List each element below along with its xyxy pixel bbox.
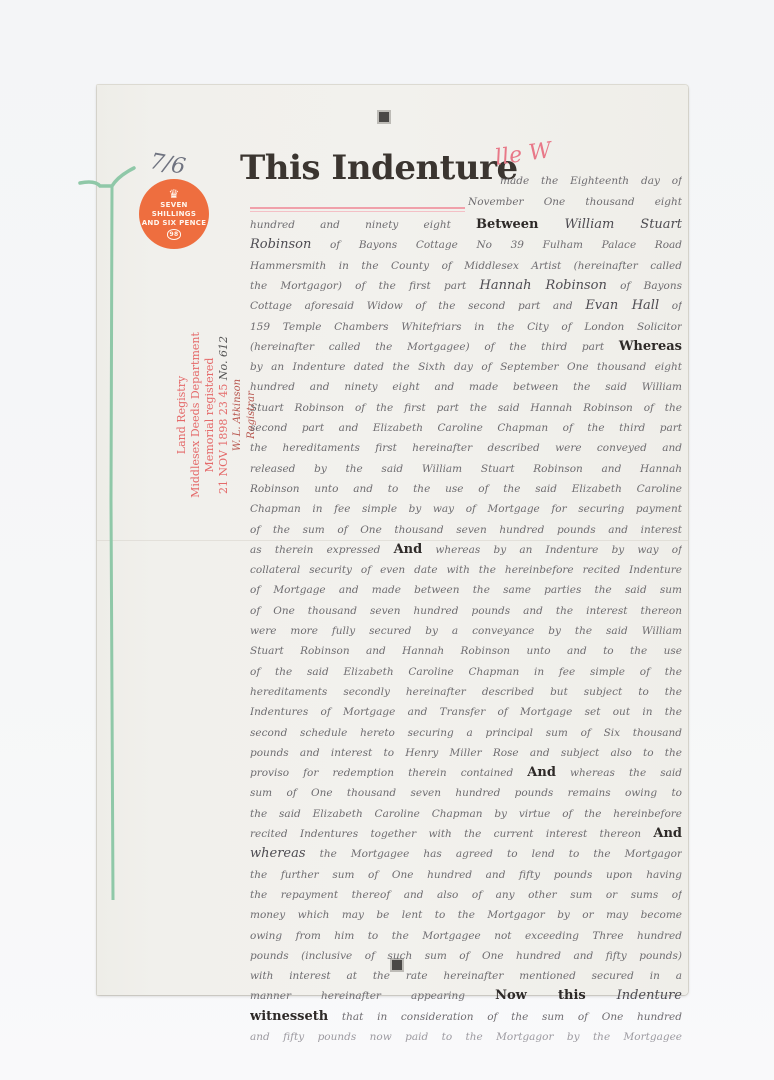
body-text-run: the Mortgagor) of the first part xyxy=(250,280,480,292)
body-line: pounds and interest to Henry Miller Rose… xyxy=(250,744,682,762)
body-text-run: Hammersmith in the County of Middlesex A… xyxy=(250,260,682,272)
body-text-run: of One thousand seven hundred pounds and… xyxy=(250,605,682,617)
body-text-run: 159 Temple Chambers Whitefriars in the C… xyxy=(250,321,682,333)
body-text-run: owing from him to the Mortgagee not exce… xyxy=(250,930,682,942)
body-text-run: were more fully secured by a conveyance … xyxy=(250,625,682,637)
body-line: released by the said William Stuart Robi… xyxy=(250,460,682,478)
body-line: the Mortgagor) of the first part Hannah … xyxy=(250,277,682,295)
body-line: (hereinafter called the Mortgagee) of th… xyxy=(250,338,682,356)
body-line: Chapman in fee simple by way of Mortgage… xyxy=(250,500,682,518)
body-line: the further sum of One hundred and fifty… xyxy=(250,866,682,884)
body-line: with interest at the rate hereinafter me… xyxy=(250,967,682,985)
body-text-run: second schedule hereto securing a princi… xyxy=(250,727,682,739)
body-text-run: of the sum of One thousand seven hundred… xyxy=(250,524,682,536)
engrossed-keyword: Now this xyxy=(495,988,586,1003)
party-name: William Stuart xyxy=(538,217,682,232)
body-text-run: Stuart Robinson and Hannah Robinson unto… xyxy=(250,645,682,657)
party-name: Hannah Robinson xyxy=(480,278,607,293)
body-text-run: made the Eighteenth day of xyxy=(500,175,682,187)
body-text-run: second part and Elizabeth Caroline Chapm… xyxy=(250,422,682,434)
body-line: Robinson unto and to the use of the said… xyxy=(250,480,682,498)
body-text-run: Stuart Robinson of the first part the sa… xyxy=(250,402,682,414)
registrar-signature: W. L. Atkinson xyxy=(231,305,245,525)
body-line: of Mortgage and made between the same pa… xyxy=(250,581,682,599)
body-text-run: of Mortgage and made between the same pa… xyxy=(250,584,682,596)
body-text-run: by an Indenture dated the Sixth day of S… xyxy=(250,361,682,373)
body-text-run: of Bayons xyxy=(607,280,682,292)
registry-number: No. 612 xyxy=(217,336,230,380)
body-line: 159 Temple Chambers Whitefriars in the C… xyxy=(250,318,682,336)
body-text-run: November One thousand eight xyxy=(468,196,682,208)
engrossed-keyword: And xyxy=(653,826,682,841)
registry-line-3: Memorial registered xyxy=(203,305,217,525)
body-text-run: the Mortgagee has agreed to lend to the … xyxy=(306,848,682,860)
body-line: second schedule hereto securing a princi… xyxy=(250,724,682,742)
body-line: hundred and ninety eight Between William… xyxy=(250,216,682,234)
body-line: of the sum of One thousand seven hundred… xyxy=(250,521,682,539)
body-line: Indentures of Mortgage and Transfer of M… xyxy=(250,703,682,721)
party-name: Evan Hall xyxy=(585,298,659,313)
body-text-run: whereas the said xyxy=(556,767,682,779)
body-text-run: Chapman in fee simple by way of Mortgage… xyxy=(250,503,682,515)
engrossed-keyword: And xyxy=(394,542,423,557)
body-text-run: as therein expressed xyxy=(250,544,394,556)
party-name: Robinson xyxy=(250,237,311,252)
body-line: hereditaments secondly hereinafter descr… xyxy=(250,683,682,701)
body-text-run: pounds (inclusive of such sum of One hun… xyxy=(250,950,682,962)
engrossed-keyword: Whereas xyxy=(619,339,682,354)
registry-line-2: Middlesex Deeds Department xyxy=(189,305,203,525)
body-text-run: of Bayons Cottage No 39 Fulham Palace Ro… xyxy=(311,239,682,251)
body-line: whereas the Mortgagee has agreed to lend… xyxy=(250,845,682,863)
heading-rule xyxy=(250,207,465,209)
stamp-line-1: SEVEN xyxy=(160,201,187,210)
body-line: sum of One thousand seven hundred pounds… xyxy=(250,784,682,802)
crown-icon: ♛ xyxy=(168,188,179,200)
body-line: Cottage aforesaid Widow of the second pa… xyxy=(250,297,682,315)
registry-line-4: 21 NOV 1898 23 45 No. 612 xyxy=(217,305,231,525)
body-text-run: and fifty pounds now paid to the Mortgag… xyxy=(250,1031,682,1043)
body-text-run: the hereditaments first hereinafter desc… xyxy=(250,442,682,454)
body-text-run: collateral security of even date with th… xyxy=(250,564,682,576)
body-text-run: Cottage aforesaid Widow of the second pa… xyxy=(250,300,585,312)
body-text-run: Robinson unto and to the use of the said… xyxy=(250,483,682,495)
body-line: Stuart Robinson of the first part the sa… xyxy=(250,399,682,417)
party-name: Indenture xyxy=(586,988,682,1003)
body-text-run: of xyxy=(659,300,682,312)
heading-rule-2 xyxy=(250,211,465,212)
body-text-run: money which may be lent to the Mortgagor… xyxy=(250,909,682,921)
body-text-run: hundred and ninety eight and made betwee… xyxy=(250,381,682,393)
body-line: were more fully secured by a conveyance … xyxy=(250,622,682,640)
body-line: Stuart Robinson and Hannah Robinson unto… xyxy=(250,642,682,660)
body-text-run: recited Indentures together with the cur… xyxy=(250,828,653,840)
body-text-run: Indentures of Mortgage and Transfer of M… xyxy=(250,706,682,718)
body-line: pounds (inclusive of such sum of One hun… xyxy=(250,947,682,965)
body-line: the repayment thereof and also of any ot… xyxy=(250,886,682,904)
body-text-run: pounds and interest to Henry Miller Rose… xyxy=(250,747,682,759)
body-line: of One thousand seven hundred pounds and… xyxy=(250,602,682,620)
body-line: owing from him to the Mortgagee not exce… xyxy=(250,927,682,945)
body-text-run: of the said Elizabeth Caroline Chapman i… xyxy=(250,666,682,678)
stamp-line-2: SHILLINGS xyxy=(152,210,196,219)
engrossed-keyword: And xyxy=(527,765,556,780)
body-line: by an Indenture dated the Sixth day of S… xyxy=(250,358,682,376)
engrossed-keyword: witnesseth xyxy=(250,1009,328,1024)
body-text-run: that in consideration of the sum of One … xyxy=(328,1011,682,1023)
body-line: witnesseth that in consideration of the … xyxy=(250,1008,682,1026)
stamp-number: 98 xyxy=(167,229,182,240)
body-line: the hereditaments first hereinafter desc… xyxy=(250,439,682,457)
duty-stamp: ♛ SEVEN SHILLINGS AND SIX PENCE 98 xyxy=(139,179,209,249)
registry-line-1: Land Registry xyxy=(175,305,189,525)
body-line: November One thousand eight xyxy=(468,193,682,211)
party-name: whereas xyxy=(250,846,306,861)
body-line: and fifty pounds now paid to the Mortgag… xyxy=(250,1028,682,1046)
body-text-run: sum of One thousand seven hundred pounds… xyxy=(250,787,682,799)
document-heading: This Indenture xyxy=(240,148,518,188)
body-line: Hammersmith in the County of Middlesex A… xyxy=(250,257,682,275)
body-text-run: with interest at the rate hereinafter me… xyxy=(250,970,682,982)
body-text-run: proviso for redemption therein contained xyxy=(250,767,527,779)
body-text-run: the repayment thereof and also of any ot… xyxy=(250,889,682,901)
registry-stamp: Land Registry Middlesex Deeds Department… xyxy=(175,305,245,525)
body-line: as therein expressed And whereas by an I… xyxy=(250,541,682,559)
engrossed-keyword: Between xyxy=(476,217,538,232)
body-text-run: the further sum of One hundred and fifty… xyxy=(250,869,682,881)
stamp-line-3: AND SIX PENCE xyxy=(142,219,207,228)
body-line: proviso for redemption therein contained… xyxy=(250,764,682,782)
body-line: hundred and ninety eight and made betwee… xyxy=(250,378,682,396)
body-line: money which may be lent to the Mortgagor… xyxy=(250,906,682,924)
body-line: the said Elizabeth Caroline Chapman by v… xyxy=(250,805,682,823)
body-line: of the said Elizabeth Caroline Chapman i… xyxy=(250,663,682,681)
body-text-run: (hereinafter called the Mortgagee) of th… xyxy=(250,341,619,353)
body-text-run: the said Elizabeth Caroline Chapman by v… xyxy=(250,808,682,820)
body-line: second part and Elizabeth Caroline Chapm… xyxy=(250,419,682,437)
body-line: Robinson of Bayons Cottage No 39 Fulham … xyxy=(250,236,682,254)
body-line: made the Eighteenth day of xyxy=(500,172,682,190)
body-line: collateral security of even date with th… xyxy=(250,561,682,579)
body-text-run: whereas by an Indenture by way of xyxy=(422,544,682,556)
body-line: recited Indentures together with the cur… xyxy=(250,825,682,843)
body-text-run: released by the said William Stuart Robi… xyxy=(250,463,682,475)
body-line: manner hereinafter appearing Now this In… xyxy=(250,987,682,1005)
body-text-run: hereditaments secondly hereinafter descr… xyxy=(250,686,682,698)
body-text-run: hundred and ninety eight xyxy=(250,219,476,231)
body-text-run: manner hereinafter appearing xyxy=(250,990,495,1002)
